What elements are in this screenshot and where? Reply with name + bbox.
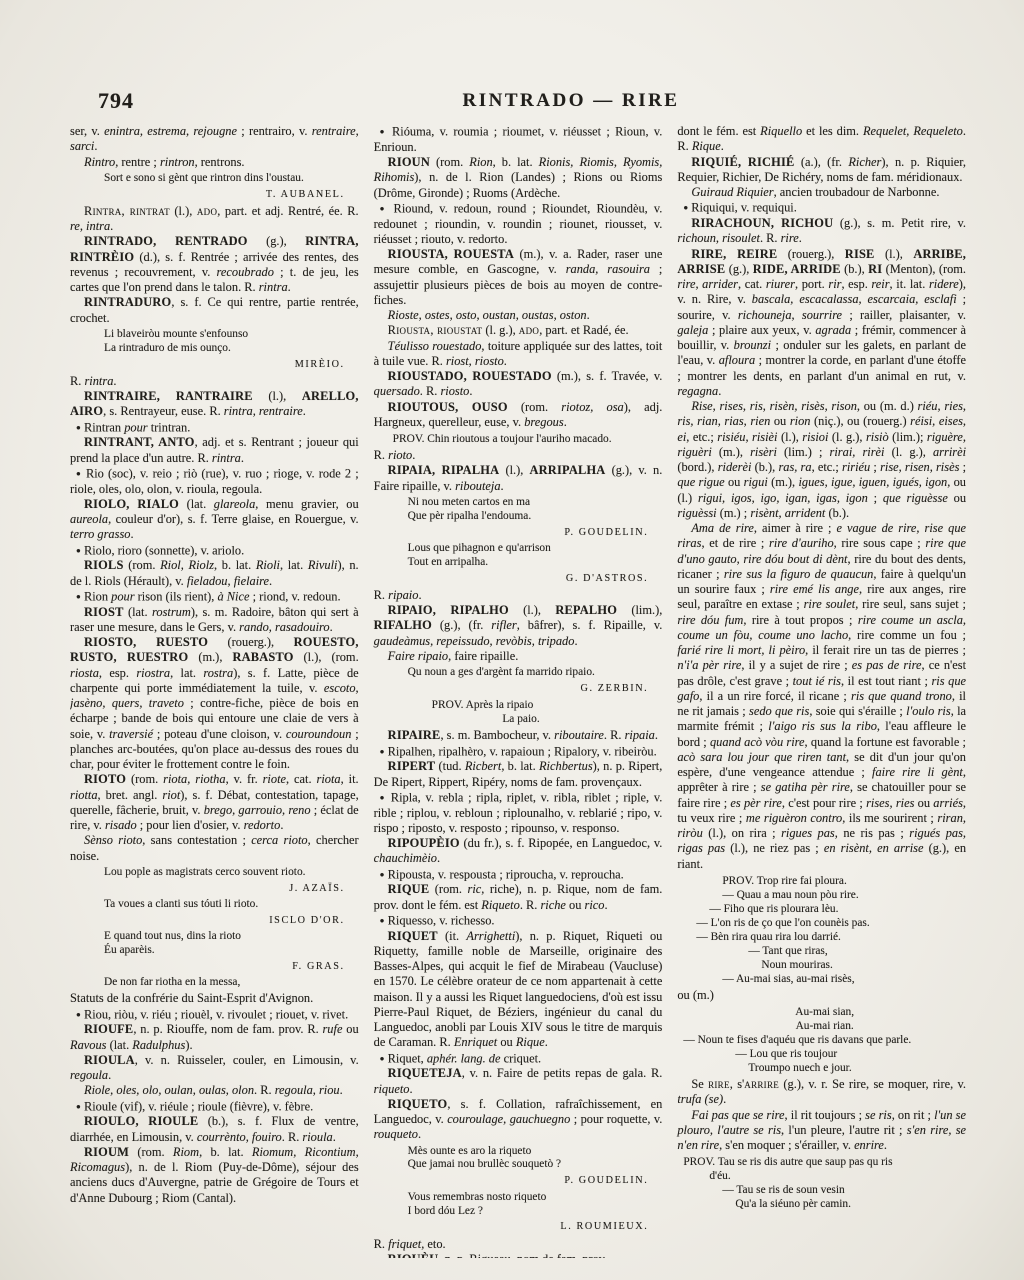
verse-quote: Qu noun a ges d'argènt fa marrido ripaio…	[408, 666, 663, 680]
columns: ser, v. enintra, estrema, rejougne ; ren…	[70, 124, 966, 1258]
entry-paragraph: RIPAIRE, s. m. Bambocheur, v. riboutaire…	[374, 728, 663, 743]
bullet-icon: ●	[380, 204, 388, 213]
entry-paragraph: RIOUSTADO, ROUESTADO (m.), s. f. Travée,…	[374, 369, 663, 400]
entry-paragraph: RIOLS (rom. Riol, Riolz, b. lat. Rioli, …	[70, 558, 359, 589]
entry-paragraph: RIOTO (rom. riota, riotha, v. fr. riote,…	[70, 772, 359, 833]
cross-reference: ● Ripousta, v. respousta ; riproucha, v.…	[374, 867, 663, 883]
entry-paragraph: Rintra, rintrat (l.), ado, part. et adj.…	[70, 204, 359, 235]
proverb-line: — L'on ris de ço que l'on counèis pas.	[683, 916, 966, 930]
continuation-paragraph: R. rioto.	[374, 448, 663, 463]
entry-paragraph: RIQUETO, s. f. Collation, rafraîchisseme…	[374, 1097, 663, 1143]
proverb-line: Troumpo nuech e jour.	[683, 1061, 966, 1075]
proverb-line: d'éu.	[683, 1169, 966, 1183]
entry-paragraph: RIOUFE, n. p. Riouffe, nom de fam. prov.…	[70, 1022, 359, 1053]
proverb-block: PROV. Après la ripaioLa paio.	[380, 698, 663, 726]
proverb-block: Au-mai sian,Au-mai rian.— Noun te fises …	[683, 1005, 966, 1075]
entry-paragraph: RIPAIA, RIPALHA (l.), ARRIPALHA (g.), v.…	[374, 463, 663, 494]
verse-line: Que pèr ripalha l'endouma.	[408, 510, 663, 524]
proverb-line: — Quau a mau noun pòu rire.	[683, 888, 966, 902]
entry-paragraph: RIQUET (it. Arrighetti), n. p. Riquet, R…	[374, 929, 663, 1051]
verse-line: Tout en arripalha.	[408, 556, 663, 570]
verse-line: Li blaveiròu mounte s'enfounso	[104, 328, 359, 342]
proverb-line: PROV. Chin rioutous a toujour l'auriho m…	[380, 432, 663, 446]
proverb-line: — Tant que riras,	[683, 944, 966, 958]
bullet-icon: ●	[76, 469, 82, 478]
proverb-line: — Lou que ris toujour	[683, 1047, 966, 1061]
cross-reference: ● Riou, riòu, v. riéu ; riouèl, v. rivou…	[70, 1007, 359, 1023]
bullet-icon: ●	[76, 423, 81, 432]
column-1: ser, v. enintra, estrema, rejougne ; ren…	[70, 124, 359, 1258]
verse-line: I bord dóu Lez ?	[408, 1205, 663, 1219]
entry-paragraph: RIOUTOUS, OUSO (rom. riotoz, osa), adj. …	[374, 400, 663, 431]
entry-paragraph: RINTRAIRE, RANTRAIRE (l.), ARELLO, AIRO,…	[70, 389, 359, 420]
entry-paragraph: Faire ripaio, faire ripaille.	[374, 649, 663, 664]
verse-line: Éu aparèis.	[104, 944, 359, 958]
entry-paragraph: Riousta, rioustat (l. g.), ado, part. et…	[374, 323, 663, 338]
verse-line: Vous remembras nosto riqueto	[408, 1191, 663, 1205]
cross-reference: ● Rióuma, v. roumia ; rioumet, v. riéuss…	[374, 124, 663, 155]
bullet-icon: ●	[380, 1054, 385, 1063]
entry-paragraph: RIOLO, RIALO (lat. glareola, menu gravie…	[70, 497, 359, 543]
entry-paragraph: Rioste, ostes, osto, oustan, oustas, ost…	[374, 308, 663, 323]
verse-line: Lou pople as magistrats cerco souvent ri…	[104, 866, 359, 880]
verse-quote: De non far riotha en la messa,	[104, 976, 359, 990]
bullet-icon: ●	[380, 127, 387, 136]
cross-reference: ● Riolo, rioro (sonnette), v. ariolo.	[70, 543, 359, 559]
attribution: G. ZERBIN.	[374, 681, 649, 696]
entry-paragraph: RIRACHOUN, RICHOU (g.), s. m. Petit rire…	[677, 216, 966, 247]
continuation-paragraph: ou (m.)	[677, 988, 966, 1003]
entry-paragraph: RIOULA, v. n. Ruisseler, couler, en Limo…	[70, 1053, 359, 1084]
entry-paragraph: RIOSTO, RUESTO (rouerg.), ROUESTO, RUSTO…	[70, 635, 359, 772]
bullet-icon: ●	[683, 203, 688, 212]
proverb-line: PROV. Après la ripaio	[380, 698, 663, 712]
verse-line: Lous que pihagnon e qu'arrison	[408, 542, 663, 556]
entry-paragraph: RIOULO, RIOULE (b.), s. f. Flux de ventr…	[70, 1114, 359, 1145]
verse-quote: E quand tout nus, dins la riotoÉu aparèi…	[104, 930, 359, 958]
entry-paragraph: RIPAIO, RIPALHO (l.), REPALHO (lim.), RI…	[374, 603, 663, 649]
entry-paragraph: Riole, oles, olo, oulan, oulas, olon. R.…	[70, 1083, 359, 1098]
cross-reference: ● Riquiqui, v. requiqui.	[677, 200, 966, 216]
attribution: F. GRAS.	[70, 959, 345, 974]
dictionary-page: 794 RINTRADO — RIRE ser, v. enintra, est…	[0, 0, 1024, 1280]
proverb-block: PROV. Chin rioutous a toujour l'auriho m…	[380, 432, 663, 446]
column-2: ● Rióuma, v. roumia ; rioumet, v. riéuss…	[374, 124, 663, 1258]
bullet-icon: ●	[380, 793, 386, 802]
proverb-block: PROV. Tau se ris dis autre que saup pas …	[683, 1155, 966, 1211]
verse-quote: Sort e sono si gènt que rintron dins l'o…	[104, 172, 359, 186]
cross-reference: ● Riquesso, v. richesso.	[374, 913, 663, 929]
entry-paragraph: Rise, rises, ris, risèn, risès, rison, o…	[677, 399, 966, 521]
bullet-icon: ●	[380, 747, 385, 756]
entry-paragraph: RIQUE (rom. ric, riche), n. p. Rique, no…	[374, 882, 663, 913]
verse-line: Ni nou meten cartos en ma	[408, 496, 663, 510]
verse-line: Mès ounte es aro la riqueto	[408, 1145, 663, 1159]
proverb-line: PROV. Tau se ris dis autre que saup pas …	[683, 1155, 966, 1169]
cross-reference: ● Ripla, v. rebla ; ripla, riplet, v. ri…	[374, 790, 663, 836]
cross-reference: ● Riound, v. redoun, round ; Rioundet, R…	[374, 201, 663, 247]
running-head: RINTRADO — RIRE	[70, 90, 962, 112]
verse-quote: Vous remembras nosto riquetoI bord dóu L…	[408, 1191, 663, 1219]
bullet-icon: ●	[380, 870, 385, 879]
cross-reference: ● Riquet, aphér. lang. de criquet.	[374, 1051, 663, 1067]
attribution: J. AZAÏS.	[70, 881, 345, 896]
verse-quote: Lou pople as magistrats cerco souvent ri…	[104, 866, 359, 880]
entry-paragraph: Fai pas que se rire, il rit toujours ; s…	[677, 1108, 966, 1154]
cross-reference: ● Rio (soc), v. reio ; riò (rue), v. ruo…	[70, 466, 359, 497]
entry-paragraph: RIPOUPÈIO (du fr.), s. f. Ripopée, en La…	[374, 836, 663, 867]
verse-quote: Lous que pihagnon e qu'arrisonTout en ar…	[408, 542, 663, 570]
entry-paragraph: RIPERT (tud. Ricbert, b. lat. Richbertus…	[374, 759, 663, 790]
proverb-line: — Bèn rira quau rira lou darrié.	[683, 930, 966, 944]
verse-line: Sort e sono si gènt que rintron dins l'o…	[104, 172, 359, 186]
entry-paragraph: RIRE, REIRE (rouerg.), RISE (l.), ARRIBE…	[677, 247, 966, 400]
continuation-paragraph: dont le fém. est Riquello et les dim. Re…	[677, 124, 966, 155]
verse-quote: Ni nou meten cartos en maQue pèr ripalha…	[408, 496, 663, 524]
entry-paragraph: Rintro, rentre ; rintron, rentrons.	[70, 155, 359, 170]
cross-reference: ● Rioule (vif), v. riéule ; rioule (fièv…	[70, 1099, 359, 1115]
entry-paragraph: Se rire, s'arrire (g.), v. r. Se rire, s…	[677, 1077, 966, 1108]
proverb-line: PROV. Trop rire fai ploura.	[683, 874, 966, 888]
verse-line: Que jamai nou brullèc souquetò ?	[408, 1158, 663, 1172]
entry-paragraph: Sènso rioto, sans contestation ; cerca r…	[70, 833, 359, 864]
entry-paragraph: Ama de rire, aimer à rire ; e vague de r…	[677, 521, 966, 872]
bullet-icon: ●	[76, 546, 81, 555]
entry-paragraph: RINTRADURO, s. f. Ce qui rentre, partie …	[70, 295, 359, 326]
continuation-paragraph: Statuts de la confrérie du Saint-Esprit …	[70, 991, 359, 1006]
verse-line: Ta voues a clanti sus tóuti li rioto.	[104, 898, 359, 912]
continuation-paragraph: R. rintra.	[70, 374, 359, 389]
continuation-paragraph: R. ripaio.	[374, 588, 663, 603]
entry-paragraph: RIQUETEJA, v. n. Faire de petits repas d…	[374, 1066, 663, 1097]
entry-paragraph: RIQUIÉ, RICHIÉ (a.), (fr. Richer), n. p.…	[677, 155, 966, 186]
bullet-icon: ●	[380, 916, 385, 925]
verse-quote: Ta voues a clanti sus tóuti li rioto.	[104, 898, 359, 912]
entry-paragraph: RINTRANT, ANTO, adj. et s. Rentrant ; jo…	[70, 435, 359, 466]
entry-paragraph: RIOUN (rom. Rion, b. lat. Rionis, Riomis…	[374, 155, 663, 201]
attribution: MIRÈIO.	[70, 357, 345, 372]
proverb-line: — Noun te fises d'aquéu que ris davans q…	[683, 1033, 966, 1047]
continuation-paragraph: R. friquet, eto.	[374, 1237, 663, 1252]
verse-line: De non far riotha en la messa,	[104, 976, 359, 990]
cross-reference: ● Rintran pour trintran.	[70, 420, 359, 436]
verse-line: Qu noun a ges d'argènt fa marrido ripaio…	[408, 666, 663, 680]
proverb-line: La paio.	[380, 712, 663, 726]
attribution: L. ROUMIEUX.	[374, 1219, 649, 1234]
entry-paragraph: Téulisso rouestado, toiture appliquée su…	[374, 339, 663, 370]
proverb-line: Au-mai rian.	[683, 1019, 966, 1033]
attribution: T. AUBANEL.	[70, 187, 345, 202]
attribution: P. GOUDELIN.	[374, 525, 649, 540]
entry-paragraph: RIOUSTA, ROUESTA (m.), v. a. Rader, rase…	[374, 247, 663, 308]
bullet-icon: ●	[76, 1102, 81, 1111]
verse-quote: Li blaveiròu mounte s'enfounsoLa rintrad…	[104, 328, 359, 356]
verse-line: E quand tout nus, dins la rioto	[104, 930, 359, 944]
entry-paragraph: RIOST (lat. rostrum), s. m. Radoire, bât…	[70, 605, 359, 636]
verse-line: La rintraduro de mis ounço.	[104, 342, 359, 356]
attribution: P. GOUDELIN.	[374, 1173, 649, 1188]
entry-paragraph: RIOUM (rom. Riom, b. lat. Riomum, Ricont…	[70, 1145, 359, 1206]
proverb-line: — Fiho que ris plourara lèu.	[683, 902, 966, 916]
proverb-line: — Au-mai sias, au-mai risès,	[683, 972, 966, 986]
entry-paragraph: RIQUÈU, n. p. Riqueau, nom de fam. prov.	[374, 1252, 663, 1258]
column-3: dont le fém. est Riquello et les dim. Re…	[677, 124, 966, 1258]
attribution: ISCLO D'OR.	[70, 913, 345, 928]
cross-reference: ● Rion pour rison (ils rient), à Nice ; …	[70, 589, 359, 605]
entry-paragraph: Guiraud Riquier, ancien troubadour de Na…	[677, 185, 966, 200]
proverb-line: Qu'a la siéuno pèr camin.	[683, 1197, 966, 1211]
page-header: 794 RINTRADO — RIRE	[70, 86, 962, 120]
entry-paragraph: RINTRADO, RENTRADO (g.), RINTRA, RINTRÈI…	[70, 234, 359, 295]
cross-reference: ● Ripalhen, ripalhèro, v. rapaioun ; Rip…	[374, 744, 663, 760]
attribution: G. D'ASTROS.	[374, 571, 649, 586]
proverb-line: Noun mouriras.	[683, 958, 966, 972]
verse-quote: Mès ounte es aro la riquetoQue jamai nou…	[408, 1145, 663, 1173]
bullet-icon: ●	[76, 592, 81, 601]
bullet-icon: ●	[76, 1010, 81, 1019]
proverb-line: — Tau se ris de soun vesin	[683, 1183, 966, 1197]
continuation-paragraph: ser, v. enintra, estrema, rejougne ; ren…	[70, 124, 359, 155]
proverb-line: Au-mai sian,	[683, 1005, 966, 1019]
proverb-block: PROV. Trop rire fai ploura.— Quau a mau …	[683, 874, 966, 986]
